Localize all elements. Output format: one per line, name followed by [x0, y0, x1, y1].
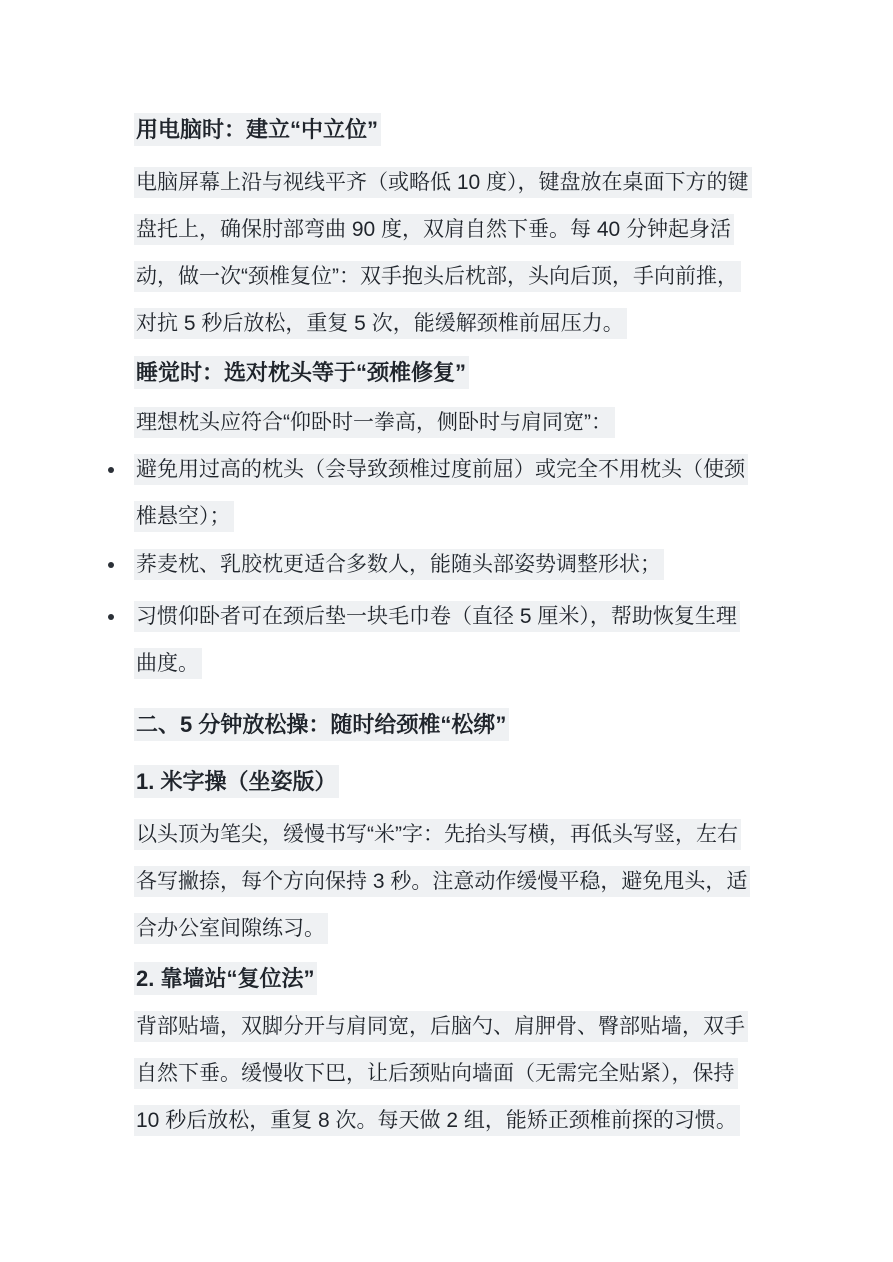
highlighted-text: 荞麦枕、乳胶枕更适合多数人，能随头部姿势调整形状；: [134, 549, 664, 580]
highlighted-text: 背部贴墙，双脚分开与肩同宽，后脑勺、肩胛骨、臀部贴墙，双手自然下垂。缓慢收下巴，…: [134, 1011, 748, 1136]
highlighted-text: 1. 米字操（坐姿版）: [134, 765, 339, 798]
list-item: 避免用过高的枕头（会导致颈椎过度前屈）或完全不用枕头（使颈椎悬空）；: [134, 446, 756, 540]
highlighted-text: 睡觉时：选对枕头等于“颈椎修复”: [134, 356, 469, 389]
paragraph-exercise-1: 以头顶为笔尖，缓慢书写“米”字：先抬头写横，再低头写竖，左右各写撇捺，每个方向保…: [134, 811, 756, 952]
highlighted-text: 以头顶为笔尖，缓慢书写“米”字：先抬头写横，再低头写竖，左右各写撇捺，每个方向保…: [134, 819, 750, 944]
heading-sleep-pillow: 睡觉时：选对枕头等于“颈椎修复”: [134, 349, 756, 396]
heading-computer-posture: 用电脑时：建立“中立位”: [134, 106, 756, 153]
paragraph-computer-setup: 电脑屏幕上沿与视线平齐（或略低 10 度），键盘放在桌面下方的键盘托上，确保肘部…: [134, 159, 756, 347]
bullet-list-pillow-tips: 避免用过高的枕头（会导致颈椎过度前屈）或完全不用枕头（使颈椎悬空）； 荞麦枕、乳…: [134, 446, 756, 687]
list-item: 习惯仰卧者可在颈后垫一块毛巾卷（直径 5 厘米），帮助恢复生理曲度。: [134, 593, 756, 687]
document-page: 用电脑时：建立“中立位” 电脑屏幕上沿与视线平齐（或略低 10 度），键盘放在桌…: [0, 0, 893, 1144]
heading-exercise-1-mi-character: 1. 米字操（坐姿版）: [134, 758, 756, 805]
highlighted-text: 电脑屏幕上沿与视线平齐（或略低 10 度），键盘放在桌面下方的键盘托上，确保肘部…: [134, 167, 752, 339]
highlighted-text: 习惯仰卧者可在颈后垫一块毛巾卷（直径 5 厘米），帮助恢复生理曲度。: [134, 601, 740, 679]
highlighted-text: 避免用过高的枕头（会导致颈椎过度前屈）或完全不用枕头（使颈椎悬空）；: [134, 454, 748, 532]
list-item: 荞麦枕、乳胶枕更适合多数人，能随头部姿势调整形状；: [134, 541, 756, 588]
heading-exercise-2-wall-stand: 2. 靠墙站“复位法”: [134, 955, 756, 1002]
highlighted-text: 理想枕头应符合“仰卧时一拳高，侧卧时与肩同宽”：: [134, 407, 615, 438]
heading-section-2-relaxation: 二、5 分钟放松操：随时给颈椎“松绑”: [134, 701, 756, 748]
paragraph-exercise-2: 背部贴墙，双脚分开与肩同宽，后脑勺、肩胛骨、臀部贴墙，双手自然下垂。缓慢收下巴，…: [134, 1003, 756, 1144]
highlighted-text: 2. 靠墙站“复位法”: [134, 962, 317, 995]
highlighted-text: 用电脑时：建立“中立位”: [134, 113, 381, 146]
paragraph-pillow-criteria: 理想枕头应符合“仰卧时一拳高，侧卧时与肩同宽”：: [134, 399, 756, 446]
highlighted-text: 二、5 分钟放松操：随时给颈椎“松绑”: [134, 708, 509, 741]
